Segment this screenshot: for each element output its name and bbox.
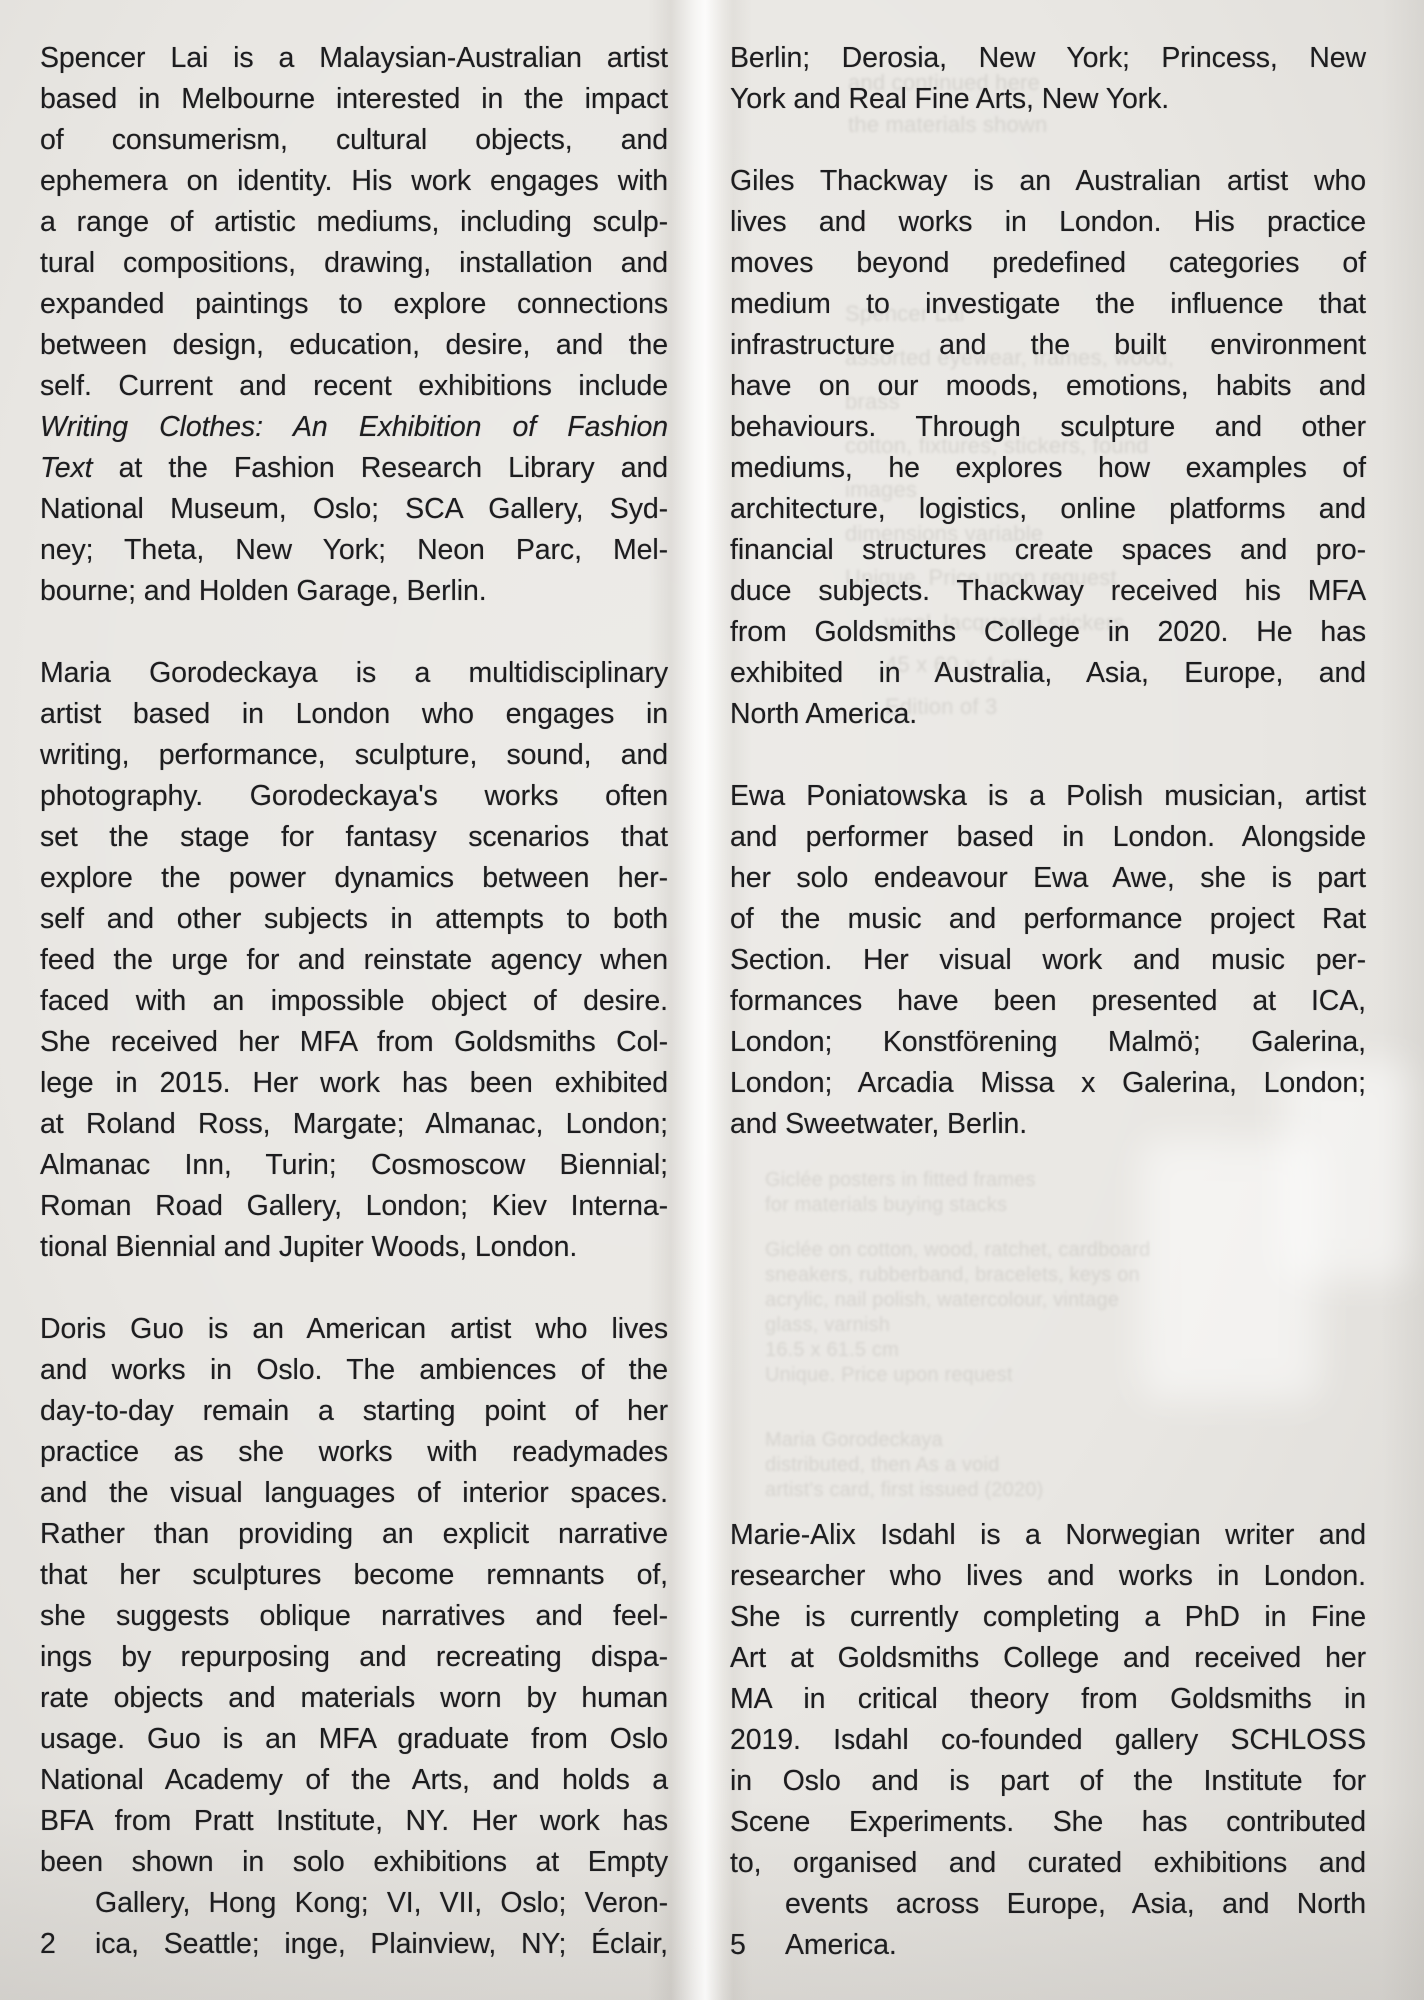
text-line: London; Arcadia Missa x Galerina, London…: [730, 1063, 1366, 1104]
text-line: BFA from Pratt Institute, NY. Her work h…: [40, 1801, 668, 1842]
text-line: She received her MFA from Goldsmiths Col…: [40, 1022, 668, 1063]
text-line: of the music and performance project Rat: [730, 899, 1366, 940]
text-line: have on our moods, emotions, habits and: [730, 366, 1366, 407]
text-line: and Sweetwater, Berlin.: [730, 1104, 1366, 1145]
text-line: based in Melbourne interested in the imp…: [40, 79, 668, 120]
text-line: Text at the Fashion Research Library and: [40, 448, 668, 489]
text-line: ney; Theta, New York; Neon Parc, Mel-: [40, 530, 668, 571]
text-line: rate objects and materials worn by human: [40, 1678, 668, 1719]
text-line: from Goldsmiths College in 2020. He has: [730, 612, 1366, 653]
text-line: London; Konstförening Malmö; Galerina,: [730, 1022, 1366, 1063]
text-line: ings by repurposing and recreating dispa…: [40, 1637, 668, 1678]
text-line: explore the power dynamics between her-: [40, 858, 668, 899]
left-column: Spencer Lai is a Malaysian-Australian ar…: [40, 38, 668, 1965]
right-column: Berlin; Derosia, New York; Princess, New…: [730, 38, 1366, 1966]
text-line: moves beyond predefined categories of: [730, 243, 1366, 284]
text-line: duce subjects. Thackway received his MFA: [730, 571, 1366, 612]
text-line: architecture, logistics, online platform…: [730, 489, 1366, 530]
text-line: in Oslo and is part of the Institute for: [730, 1761, 1366, 1802]
text-line: medium to investigate the influence that: [730, 284, 1366, 325]
text-line: Maria Gorodeckaya is a multidisciplinary: [40, 653, 668, 694]
text-line: to, organised and curated exhibitions an…: [730, 1843, 1366, 1884]
text-line: she suggests oblique narratives and feel…: [40, 1596, 668, 1637]
text-line: 2019. Isdahl co-founded gallery SCHLOSS: [730, 1720, 1366, 1761]
text-line: ephemera on identity. His work engages w…: [40, 161, 668, 202]
text-line: set the stage for fantasy scenarios that: [40, 817, 668, 858]
text-line: writing, performance, sculpture, sound, …: [40, 735, 668, 776]
text-line: tural compositions, drawing, installatio…: [40, 243, 668, 284]
text-line: North America.: [730, 694, 1366, 735]
text-line: expanded paintings to explore connection…: [40, 284, 668, 325]
text-line: and performer based in London. Alongside: [730, 817, 1366, 858]
text-line: lege in 2015. Her work has been exhibite…: [40, 1063, 668, 1104]
book-page-photo: and continued herethe materials shownSpe…: [0, 0, 1424, 2000]
text-line: self. Current and recent exhibitions inc…: [40, 366, 668, 407]
text-line: National Museum, Oslo; SCA Gallery, Syd-: [40, 489, 668, 530]
text-line: MA in critical theory from Goldsmiths in: [730, 1679, 1366, 1720]
text-line: 2ica, Seattle; inge, Plainview, NY; Écla…: [40, 1924, 668, 1965]
text-line: bourne; and Holden Garage, Berlin.: [40, 571, 668, 612]
text-line: formances have been presented at ICA,: [730, 981, 1366, 1022]
text-line: financial structures create spaces and p…: [730, 530, 1366, 571]
text-line: Almanac Inn, Turin; Cosmoscow Biennial;: [40, 1145, 668, 1186]
text-line: behaviours. Through sculpture and other: [730, 407, 1366, 448]
line-text: ica, Seattle; inge, Plainview, NY; Éclai…: [95, 1928, 668, 1960]
text-line: artist based in London who engages in: [40, 694, 668, 735]
text-line: at Roland Ross, Margate; Almanac, London…: [40, 1104, 668, 1145]
paragraph: Marie-Alix Isdahl is a Norwegian writer …: [730, 1515, 1366, 1966]
text-line: Writing Clothes: An Exhibition of Fashio…: [40, 407, 668, 448]
text-line: Rather than providing an explicit narrat…: [40, 1514, 668, 1555]
text-line: tional Biennial and Jupiter Woods, Londo…: [40, 1227, 668, 1268]
text-line: mediums, he explores how examples of: [730, 448, 1366, 489]
text-line: 5America.: [730, 1925, 1366, 1966]
text-line: York and Real Fine Arts, New York.: [730, 79, 1366, 120]
text-line: feed the urge for and reinstate agency w…: [40, 940, 668, 981]
text-line: Doris Guo is an American artist who live…: [40, 1309, 668, 1350]
text-line: practice as she works with readymades: [40, 1432, 668, 1473]
text-line: faced with an impossible object of desir…: [40, 981, 668, 1022]
text-line: day-to-day remain a starting point of he…: [40, 1391, 668, 1432]
text-line: that her sculptures become remnants of,: [40, 1555, 668, 1596]
paragraph: Ewa Poniatowska is a Polish musician, ar…: [730, 776, 1366, 1145]
text-line: infrastructure and the built environment: [730, 325, 1366, 366]
text-line: Berlin; Derosia, New York; Princess, New: [730, 38, 1366, 79]
page-number: 5: [730, 1925, 746, 1966]
text-line: of consumerism, cultural objects, and: [40, 120, 668, 161]
text-line: National Academy of the Arts, and holds …: [40, 1760, 668, 1801]
text-line: a range of artistic mediums, including s…: [40, 202, 668, 243]
paragraph: Giles Thackway is an Australian artist w…: [730, 161, 1366, 735]
text-line: Marie-Alix Isdahl is a Norwegian writer …: [730, 1515, 1366, 1556]
paragraph: Berlin; Derosia, New York; Princess, New…: [730, 38, 1366, 120]
text-line: exhibited in Australia, Asia, Europe, an…: [730, 653, 1366, 694]
paragraph: Doris Guo is an American artist who live…: [40, 1309, 668, 1965]
paragraph: Spencer Lai is a Malaysian-Australian ar…: [40, 38, 668, 612]
text-line: usage. Guo is an MFA graduate from Oslo: [40, 1719, 668, 1760]
text-line: Spencer Lai is a Malaysian-Australian ar…: [40, 38, 668, 79]
text-line: She is currently completing a PhD in Fin…: [730, 1597, 1366, 1638]
text-line: and the visual languages of interior spa…: [40, 1473, 668, 1514]
text-line: between design, education, desire, and t…: [40, 325, 668, 366]
text-line: and works in Oslo. The ambiences of the: [40, 1350, 668, 1391]
line-text: America.: [785, 1929, 897, 1961]
text-line: Giles Thackway is an Australian artist w…: [730, 161, 1366, 202]
paragraph: Maria Gorodeckaya is a multidisciplinary…: [40, 653, 668, 1268]
text-line: her solo endeavour Ewa Awe, she is part: [730, 858, 1366, 899]
text-line: Gallery, Hong Kong; VI, VII, Oslo; Veron…: [40, 1883, 668, 1924]
text-line: Ewa Poniatowska is a Polish musician, ar…: [730, 776, 1366, 817]
text-line: researcher who lives and works in London…: [730, 1556, 1366, 1597]
text-line: Scene Experiments. She has contributed: [730, 1802, 1366, 1843]
text-line: Art at Goldsmiths College and received h…: [730, 1638, 1366, 1679]
text-line: been shown in solo exhibitions at Empty: [40, 1842, 668, 1883]
text-line: Roman Road Gallery, London; Kiev Interna…: [40, 1186, 668, 1227]
text-line: self and other subjects in attempts to b…: [40, 899, 668, 940]
text-line: photography. Gorodeckaya's works often: [40, 776, 668, 817]
text-line: Section. Her visual work and music per-: [730, 940, 1366, 981]
text-line: lives and works in London. His practice: [730, 202, 1366, 243]
text-line: events across Europe, Asia, and North: [730, 1884, 1366, 1925]
page-number: 2: [40, 1924, 56, 1965]
